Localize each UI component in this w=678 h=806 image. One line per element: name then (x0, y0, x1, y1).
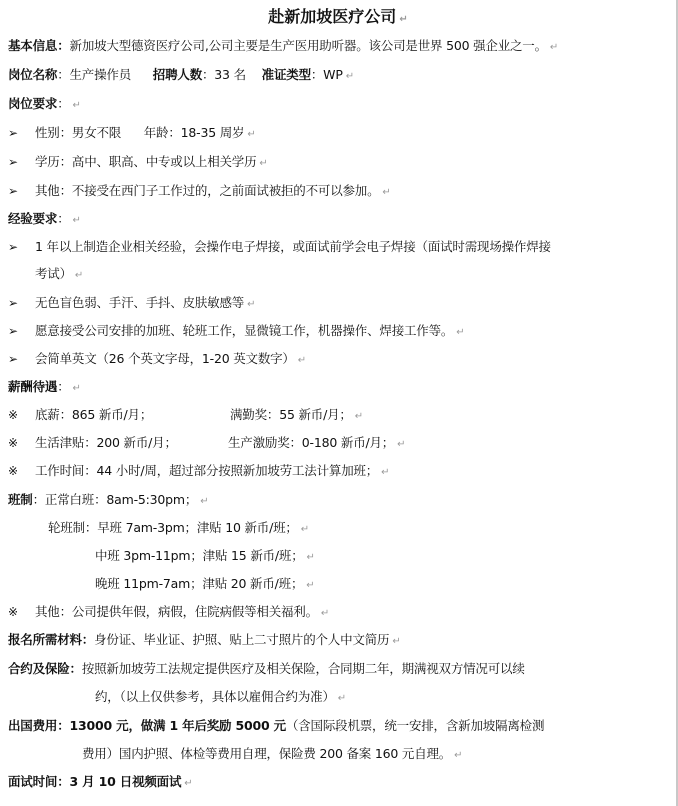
paragraph-mark-icon: ↵ (247, 299, 255, 310)
attendance-bonus: 满勤奖：55 新币/月； (230, 407, 352, 422)
paragraph-mark-icon: ↵ (355, 411, 363, 422)
fees-label: 出国费用： (8, 718, 70, 733)
paragraph-mark-icon: ↵ (301, 524, 309, 535)
interview-label: 面试时间： (8, 774, 70, 789)
requirement-gender-age: 性别：男女不限 年龄：18-35 周岁 (35, 125, 244, 140)
basic-info-label: 基本信息： (8, 38, 70, 53)
salary-label: 薪酬待遇 (8, 379, 57, 394)
contract-text-line1: 按照新加坡劳工法规定提供医疗及相关保险，合同期二年，期满视双方情况可以续 (82, 661, 525, 676)
contract-line: 合约及保险：按照新加坡劳工法规定提供医疗及相关保险，合同期二年，期满视双方情况可… (8, 660, 525, 678)
interview-line: 面试时间：3 月 10 日视频面试↵ (8, 773, 192, 793)
basic-info-text: 新加坡大型德资医疗公司,公司主要是生产医用助听器。该公司是世界 500 强企业之… (70, 38, 547, 53)
paragraph-mark-icon: ↵ (399, 14, 407, 25)
base-salary: 底薪：865 新币/月； (35, 406, 152, 424)
fees-amount: 13000 元，做满 1 年后奖励 5000 元 (70, 718, 286, 733)
fees-continuation: 费用）国内护照、体检等费用自理，保险费 200 备案 160 元自理。↵ (82, 745, 462, 765)
reference-mark-bullet-icon: ※ (8, 406, 24, 424)
interview-date: 3 月 10 日视频面试 (70, 774, 182, 789)
permit-type-value: ：WP (311, 67, 343, 82)
paragraph-mark-icon: ↵ (259, 158, 267, 169)
arrow-bullet-icon: ➢ (8, 294, 24, 312)
paragraph-mark-icon: ↵ (73, 215, 81, 226)
contract-text-line2: 约，（以上仅供参考，具体以雇佣合约为准） (95, 689, 335, 704)
paragraph-mark-icon: ↵ (321, 608, 329, 619)
job-requirements-label: 岗位要求 (8, 96, 57, 111)
arrow-bullet-icon: ➢ (8, 124, 24, 142)
paragraph-mark-icon: ↵ (346, 71, 354, 82)
benefits-other: 其他：公司提供年假，病假，住院病假等相关福利。 (35, 604, 318, 619)
shift-label: 班制 (8, 492, 33, 507)
materials-label: 报名所需材料： (8, 632, 94, 647)
paragraph-mark-icon: ↵ (454, 750, 462, 761)
salary-heading: 薪酬待遇：↵ (8, 378, 81, 398)
reference-mark-bullet-icon: ※ (8, 434, 24, 452)
position-count-label: 招聘人数 (153, 67, 202, 82)
contract-label: 合约及保险： (8, 661, 82, 676)
paragraph-mark-icon: ↵ (298, 355, 306, 366)
paragraph-mark-icon: ↵ (381, 467, 389, 478)
experience-item-4: 会简单英文（26 个英文字母，1-20 英文数字） (35, 351, 295, 366)
arrow-bullet-icon: ➢ (8, 238, 24, 256)
reference-mark-bullet-icon: ※ (8, 462, 24, 480)
paragraph-mark-icon: ↵ (75, 270, 83, 281)
shift-regular: ：正常白班：8am-5:30pm； (33, 492, 198, 507)
paragraph-mark-icon: ↵ (397, 439, 405, 450)
experience-item-1-line2: 考试） (35, 266, 72, 281)
fees-line: 出国费用：13000 元，做满 1 年后奖励 5000 元（含国际段机票，统一安… (8, 717, 544, 735)
paragraph-mark-icon: ↵ (73, 383, 81, 394)
paragraph-mark-icon: ↵ (306, 580, 314, 591)
contract-continuation: 约，（以上仅供参考，具体以雇佣合约为准）↵ (95, 688, 346, 708)
living-allowance: 生活津贴：200 新币/月； (35, 434, 177, 452)
experience-item-2: 无色盲色弱、手汗、手抖、皮肤敏感等 (35, 295, 244, 310)
paragraph-mark-icon: ↵ (307, 552, 315, 563)
document-page: 赴新加坡医疗公司↵ 基本信息：新加坡大型德资医疗公司,公司主要是生产医用助听器。… (0, 0, 678, 806)
paragraph-mark-icon: ↵ (456, 327, 464, 338)
job-requirements-heading: 岗位要求：↵ (8, 95, 81, 115)
position-count-value: ：33 名 (202, 67, 246, 82)
experience-item-3: 愿意接受公司安排的加班、轮班工作，显微镜工作，机器操作、焊接工作等。 (35, 323, 453, 338)
experience-item-1-line1: 1 年以上制造企业相关经验，会操作电子焊接，或面试前学会电子焊接（面试时需现场操… (35, 238, 551, 256)
shift-rotation-line: 轮班制：早班 7am-3pm；津贴 10 新币/班；↵ (48, 519, 309, 539)
rotation-label: 轮班制： (48, 520, 97, 535)
shift-regular-line: 班制：正常白班：8am-5:30pm；↵ (8, 491, 208, 511)
paragraph-mark-icon: ↵ (200, 496, 208, 507)
experience-label: 经验要求 (8, 211, 57, 226)
position-line: 岗位名称：生产操作员 招聘人数：33 名 准证类型：WP↵ (8, 66, 354, 86)
materials-text: 身份证、毕业证、护照、贴上二寸照片的个人中文简历 (94, 632, 389, 647)
paragraph-mark-icon: ↵ (392, 636, 400, 647)
document-title: 赴新加坡医疗公司↵ (0, 6, 676, 31)
arrow-bullet-icon: ➢ (8, 182, 24, 200)
shift-early: 早班 7am-3pm；津贴 10 新币/班； (97, 520, 298, 535)
position-name-label: 岗位名称 (8, 67, 57, 82)
basic-info-line: 基本信息：新加坡大型德资医疗公司,公司主要是生产医用助听器。该公司是世界 500… (8, 37, 558, 57)
shift-night-line: 晚班 11pm-7am；津贴 20 新币/班；↵ (95, 575, 314, 595)
reference-mark-bullet-icon: ※ (8, 603, 24, 621)
shift-middle: 中班 3pm-11pm；津贴 15 新币/班； (95, 548, 304, 563)
permit-type-label: 准证类型 (262, 67, 311, 82)
working-hours: 工作时间：44 小时/周，超过部分按照新加坡劳工法计算加班； (35, 463, 378, 478)
shift-middle-line: 中班 3pm-11pm；津贴 15 新币/班；↵ (95, 547, 315, 567)
experience-heading: 经验要求：↵ (8, 210, 81, 230)
paragraph-mark-icon: ↵ (184, 778, 192, 789)
fees-text-line2: 费用）国内护照、体检等费用自理，保险费 200 备案 160 元自理。 (82, 746, 451, 761)
requirement-education: 学历：高中、职高、中专或以上相关学历 (35, 154, 256, 169)
position-name-value: ：生产操作员 (57, 67, 131, 82)
materials-line: 报名所需材料：身份证、毕业证、护照、贴上二寸照片的个人中文简历↵ (8, 631, 401, 651)
paragraph-mark-icon: ↵ (338, 693, 346, 704)
paragraph-mark-icon: ↵ (247, 129, 255, 140)
fees-text-line1: （含国际段机票，统一安排，含新加坡隔离检测 (286, 718, 544, 733)
requirement-other: 其他：不接受在西门子工作过的，之前面试被拒的不可以参加。 (35, 183, 379, 198)
arrow-bullet-icon: ➢ (8, 350, 24, 368)
shift-night: 晚班 11pm-7am；津贴 20 新币/班； (95, 576, 303, 591)
production-incentive: 生产激励奖：0-180 新币/月； (228, 435, 394, 450)
paragraph-mark-icon: ↵ (550, 42, 558, 53)
paragraph-mark-icon: ↵ (382, 187, 390, 198)
arrow-bullet-icon: ➢ (8, 322, 24, 340)
paragraph-mark-icon: ↵ (73, 100, 81, 111)
arrow-bullet-icon: ➢ (8, 153, 24, 171)
